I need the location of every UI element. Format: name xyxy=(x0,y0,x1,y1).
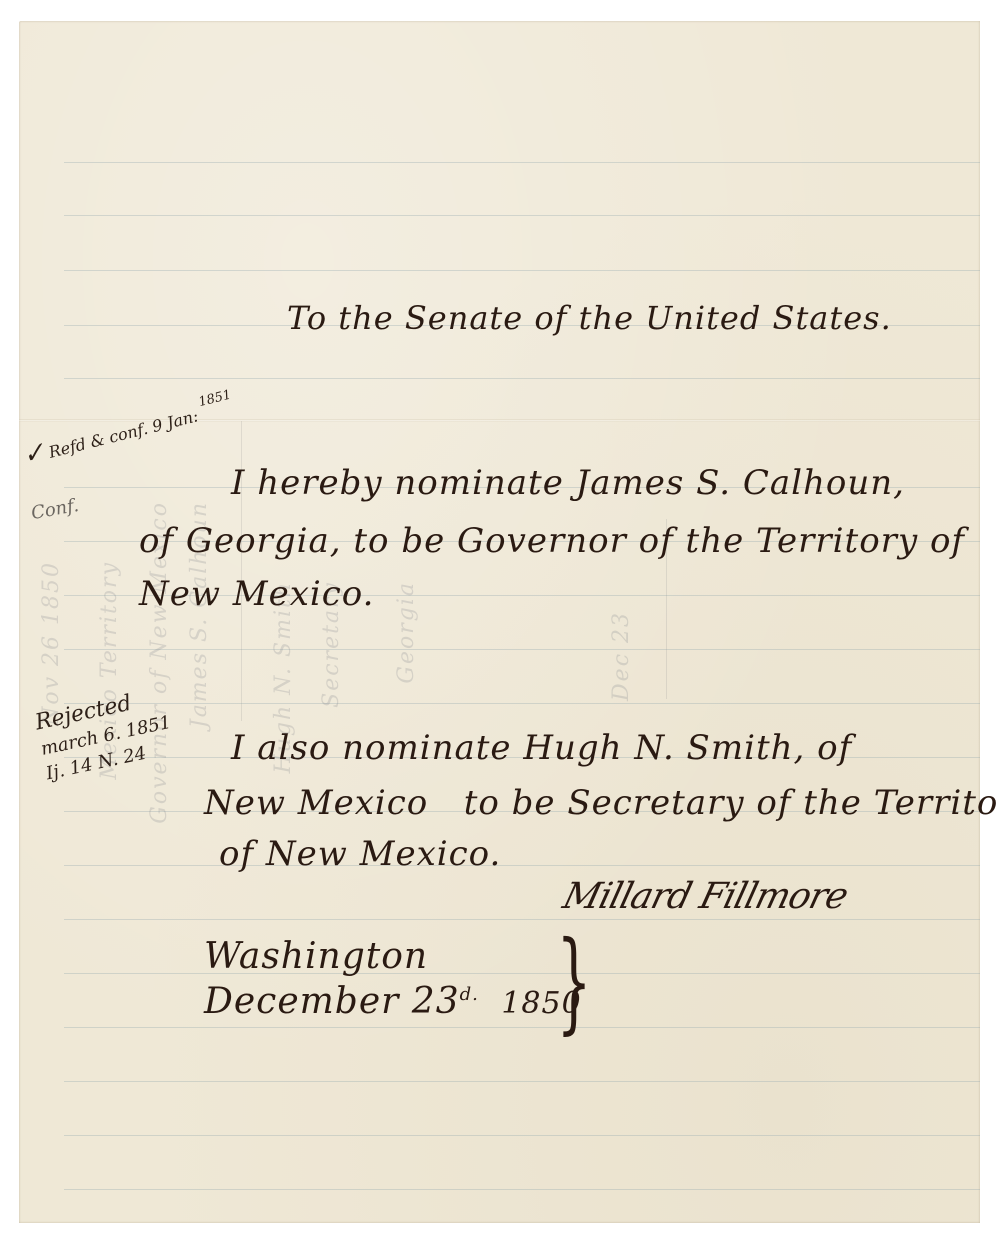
brace-glyph: } xyxy=(557,926,592,1036)
nomination-1-line-1: I hereby nominate James S. Calhoun, xyxy=(231,463,905,503)
ruled-line xyxy=(64,270,980,271)
ruled-line xyxy=(64,162,980,163)
presidential-signature: Millard Fillmore xyxy=(559,876,852,917)
nomination-2-line-1: I also nominate Hugh N. Smith, of xyxy=(231,728,852,768)
nomination-2-line-3: of New Mexico. xyxy=(219,834,501,874)
bleed-through-text: Georgia xyxy=(394,581,419,684)
nomination-1-line-3: New Mexico. xyxy=(139,574,375,614)
referred-confirmed-note: Refd & conf. 9 Jan: xyxy=(47,406,200,462)
ruled-line xyxy=(64,1189,980,1190)
date-day: 23 xyxy=(412,981,460,1022)
salutation-heading: To the Senate of the United States. xyxy=(287,299,892,337)
document-paper: Nov 26 1850 Mexico Territory Governor of… xyxy=(19,21,980,1223)
ruled-line xyxy=(64,1027,980,1028)
date-line: December 23d. 1850 xyxy=(204,981,582,1022)
ruled-line xyxy=(64,215,980,216)
ruled-line xyxy=(64,378,980,379)
nomination-1-line-2: of Georgia, to be Governor of the Territ… xyxy=(139,521,965,561)
margin-annotation-confirmed: ✓ Refd & conf. 9 Jan: 1851 xyxy=(20,390,237,471)
ruled-line xyxy=(64,1081,980,1082)
date-day-suffix: d. xyxy=(460,984,479,1005)
annotation-year: 1851 xyxy=(197,388,233,411)
nomination-2-line-2: New Mexico to be Secretary of the Territ… xyxy=(204,783,1000,823)
check-mark-icon: ✓ xyxy=(20,437,48,471)
date-month: December xyxy=(204,981,399,1022)
place-washington: Washington xyxy=(204,936,428,977)
conf-note: Conf. xyxy=(30,495,81,524)
ruled-line xyxy=(64,865,980,866)
ruled-line xyxy=(64,1135,980,1136)
ruled-line xyxy=(64,919,980,920)
bleed-through-text: Nov 26 1850 xyxy=(39,561,64,726)
ruled-line xyxy=(64,973,980,974)
bleed-through-text: Dec 23 xyxy=(609,611,634,701)
